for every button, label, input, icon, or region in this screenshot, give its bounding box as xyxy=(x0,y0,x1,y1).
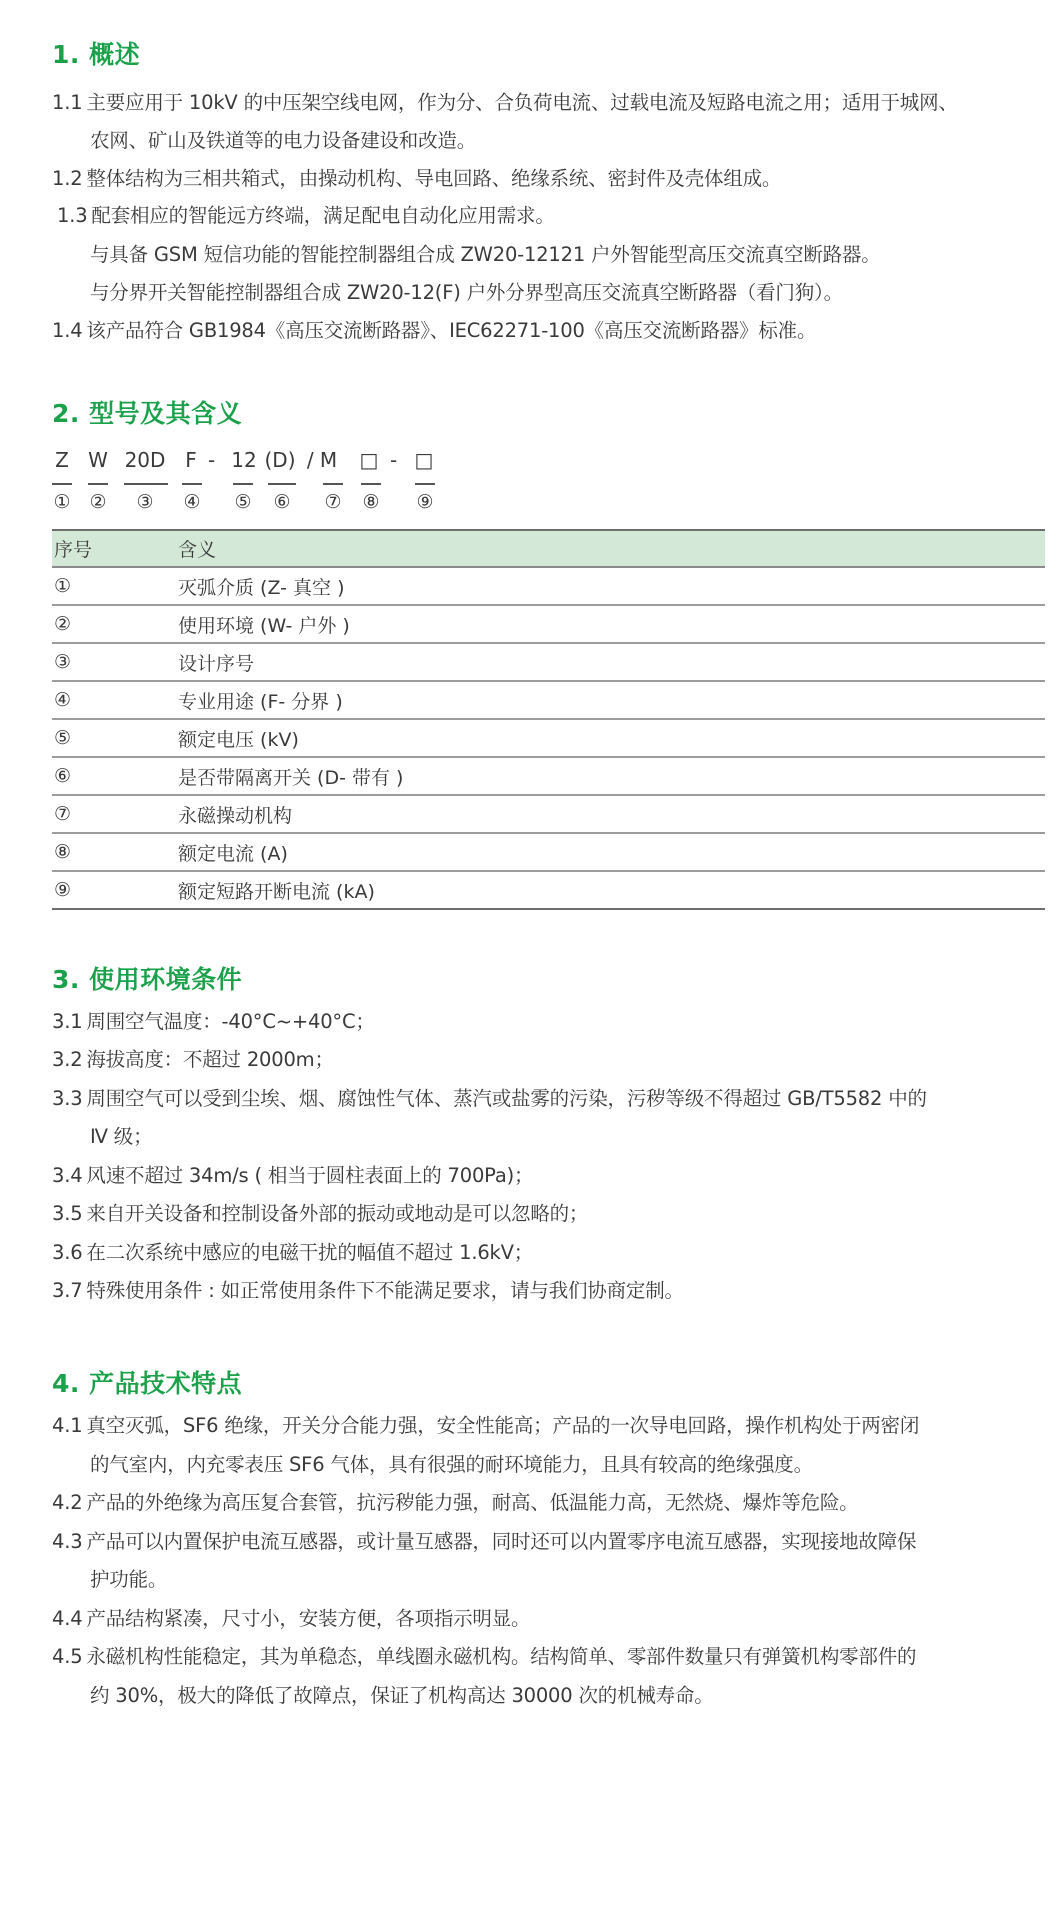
code-seg-12: 12 xyxy=(230,447,258,473)
code-marker: ① xyxy=(50,489,74,515)
item-4-3-cont: 护功能。 xyxy=(90,1567,167,1593)
item-1-3: 1.3配套相应的智能远方终端，满足配电自动化应用需求。 xyxy=(57,203,555,229)
code-underline xyxy=(233,483,253,485)
header-index: 序号 xyxy=(52,535,178,562)
table-row: ⑤额定电压 (kV) xyxy=(52,720,1045,758)
code-seg-current: □ xyxy=(357,447,381,473)
row-meaning: 专业用途 (F- 分界 ) xyxy=(178,687,1045,714)
code-seg-z: Z xyxy=(50,447,74,473)
code-underline xyxy=(323,483,343,485)
item-3-6: 3.6在二次系统中感应的电磁干扰的幅值不超过 1.6kV； xyxy=(52,1240,533,1266)
item-4-2: 4.2产品的外绝缘为高压复合套管，抗污秽能力强，耐高、低温能力高，无然烧、爆炸等… xyxy=(52,1490,858,1516)
section-title-environment: 3. 使用环境条件 xyxy=(52,965,242,995)
row-meaning: 永磁操动机构 xyxy=(178,801,1045,828)
code-marker: ④ xyxy=(180,489,204,515)
item-3-3: 3.3周围空气可以受到尘埃、烟、腐蚀性气体、蒸汽或盐雾的污染，污秽等级不得超过 … xyxy=(52,1086,927,1112)
table-row: ⑨额定短路开断电流 (kA) xyxy=(52,872,1045,910)
code-marker: ② xyxy=(86,489,110,515)
code-marker: ⑦ xyxy=(321,489,345,515)
table-row: ⑥是否带隔离开关 (D- 带有 ) xyxy=(52,758,1045,796)
code-seg-d: (D) xyxy=(263,447,297,473)
item-3-1: 3.1周围空气温度：-40°C~+40°C； xyxy=(52,1009,375,1035)
row-meaning: 额定电流 (A) xyxy=(178,839,1045,866)
section-title-overview: 1. 概述 xyxy=(52,40,140,70)
code-underline xyxy=(88,483,108,485)
row-index: ④ xyxy=(52,689,178,711)
item-4-1-cont: 的气室内，内充零表压 SF6 气体，具有很强的耐环境能力，且具有较高的绝缘强度。 xyxy=(90,1452,813,1478)
item-4-1: 4.1真空灭弧，SF6 绝缘，开关分合能力强，安全性能高；产品的一次导电回路，操… xyxy=(52,1413,919,1439)
table-header: 序号 含义 xyxy=(52,529,1045,568)
table-row: ⑦永磁操动机构 xyxy=(52,796,1045,834)
code-underline xyxy=(361,483,381,485)
row-meaning: 额定短路开断电流 (kA) xyxy=(178,877,1045,904)
code-marker: ⑨ xyxy=(413,489,437,515)
table-row: ④专业用途 (F- 分界 ) xyxy=(52,682,1045,720)
item-4-5: 4.5永磁机构性能稳定，其为单稳态，单线圈永磁机构。结构简单、零部件数量只有弹簧… xyxy=(52,1644,916,1670)
row-index: ⑥ xyxy=(52,765,178,787)
table-row: ⑧额定电流 (A) xyxy=(52,834,1045,872)
code-seg-f: F xyxy=(180,447,202,473)
item-4-4: 4.4产品结构紧凑，尺寸小，安装方便，各项指示明显。 xyxy=(52,1606,530,1632)
code-separator: - xyxy=(208,447,215,473)
code-seg-w: W xyxy=(86,447,110,473)
row-index: ⑦ xyxy=(52,803,178,825)
item-3-5: 3.5来自开关设备和控制设备外部的振动或地动是可以忽略的； xyxy=(52,1201,588,1227)
code-underline xyxy=(52,483,72,485)
row-index: ⑨ xyxy=(52,879,178,901)
item-1-4: 1.4该产品符合 GB1984《高压交流断路器》、IEC62271-100《高压… xyxy=(52,318,816,344)
item-3-4: 3.4风速不超过 34m/s ( 相当于圆柱表面上的 700Pa)； xyxy=(52,1163,533,1189)
table-row: ②使用环境 (W- 户外 ) xyxy=(52,606,1045,644)
row-meaning: 是否带隔离开关 (D- 带有 ) xyxy=(178,763,1045,790)
row-index: ⑤ xyxy=(52,727,178,749)
item-4-3: 4.3产品可以内置保护电流互感器，或计量互感器，同时还可以内置零序电流互感器，实… xyxy=(52,1529,916,1555)
table-row: ③设计序号 xyxy=(52,644,1045,682)
row-meaning: 使用环境 (W- 户外 ) xyxy=(178,611,1045,638)
code-seg-breaking: □ xyxy=(412,447,436,473)
item-1-1-cont: 农网、矿山及铁道等的电力设备建设和改造。 xyxy=(90,128,476,154)
code-seg-m: / M xyxy=(305,447,339,473)
section-title-features: 4. 产品技术特点 xyxy=(52,1369,242,1399)
code-marker: ⑤ xyxy=(231,489,255,515)
code-underline xyxy=(182,483,202,485)
item-1-2: 1.2整体结构为三相共箱式，由操动机构、导电回路、绝缘系统、密封件及壳体组成。 xyxy=(52,166,781,192)
code-separator: - xyxy=(390,447,397,473)
code-underline xyxy=(268,483,296,485)
header-meaning: 含义 xyxy=(178,535,1045,562)
table-row: ①灭弧介质 (Z- 真空 ) xyxy=(52,568,1045,606)
row-index: ② xyxy=(52,613,178,635)
row-meaning: 额定电压 (kV) xyxy=(178,725,1045,752)
row-meaning: 设计序号 xyxy=(178,649,1045,676)
item-3-2: 3.2海拔高度：不超过 2000m； xyxy=(52,1047,334,1073)
row-meaning: 灭弧介质 (Z- 真空 ) xyxy=(178,573,1045,600)
code-marker: ③ xyxy=(133,489,157,515)
item-1-3-sub-gsm: 与具备 GSM 短信功能的智能控制器组合成 ZW20-12121 户外智能型高压… xyxy=(90,242,881,268)
row-index: ⑧ xyxy=(52,841,178,863)
item-3-3-cont: Ⅳ 级； xyxy=(90,1124,152,1150)
row-index: ③ xyxy=(52,651,178,673)
code-underline xyxy=(124,483,168,485)
model-meaning-table: 序号 含义 ①灭弧介质 (Z- 真空 ) ②使用环境 (W- 户外 ) ③设计序… xyxy=(52,529,1045,910)
item-3-7: 3.7特殊使用条件 : 如正常使用条件下不能满足要求，请与我们协商定制。 xyxy=(52,1278,684,1304)
code-seg-20d: 20D xyxy=(122,447,168,473)
item-1-1: 1.1主要应用于 10kV 的中压架空线电网，作为分、合负荷电流、过载电流及短路… xyxy=(52,90,958,116)
row-index: ① xyxy=(52,575,178,597)
item-1-3-sub-boundary: 与分界开关智能控制器组合成 ZW20-12(F) 户外分界型高压交流真空断路器（… xyxy=(90,280,843,306)
item-4-5-cont: 约 30%，极大的降低了故障点，保证了机构高达 30000 次的机械寿命。 xyxy=(90,1683,714,1709)
section-title-model-meaning: 2. 型号及其含义 xyxy=(52,399,242,429)
code-marker: ⑧ xyxy=(359,489,383,515)
code-underline xyxy=(415,483,435,485)
code-marker: ⑥ xyxy=(270,489,294,515)
